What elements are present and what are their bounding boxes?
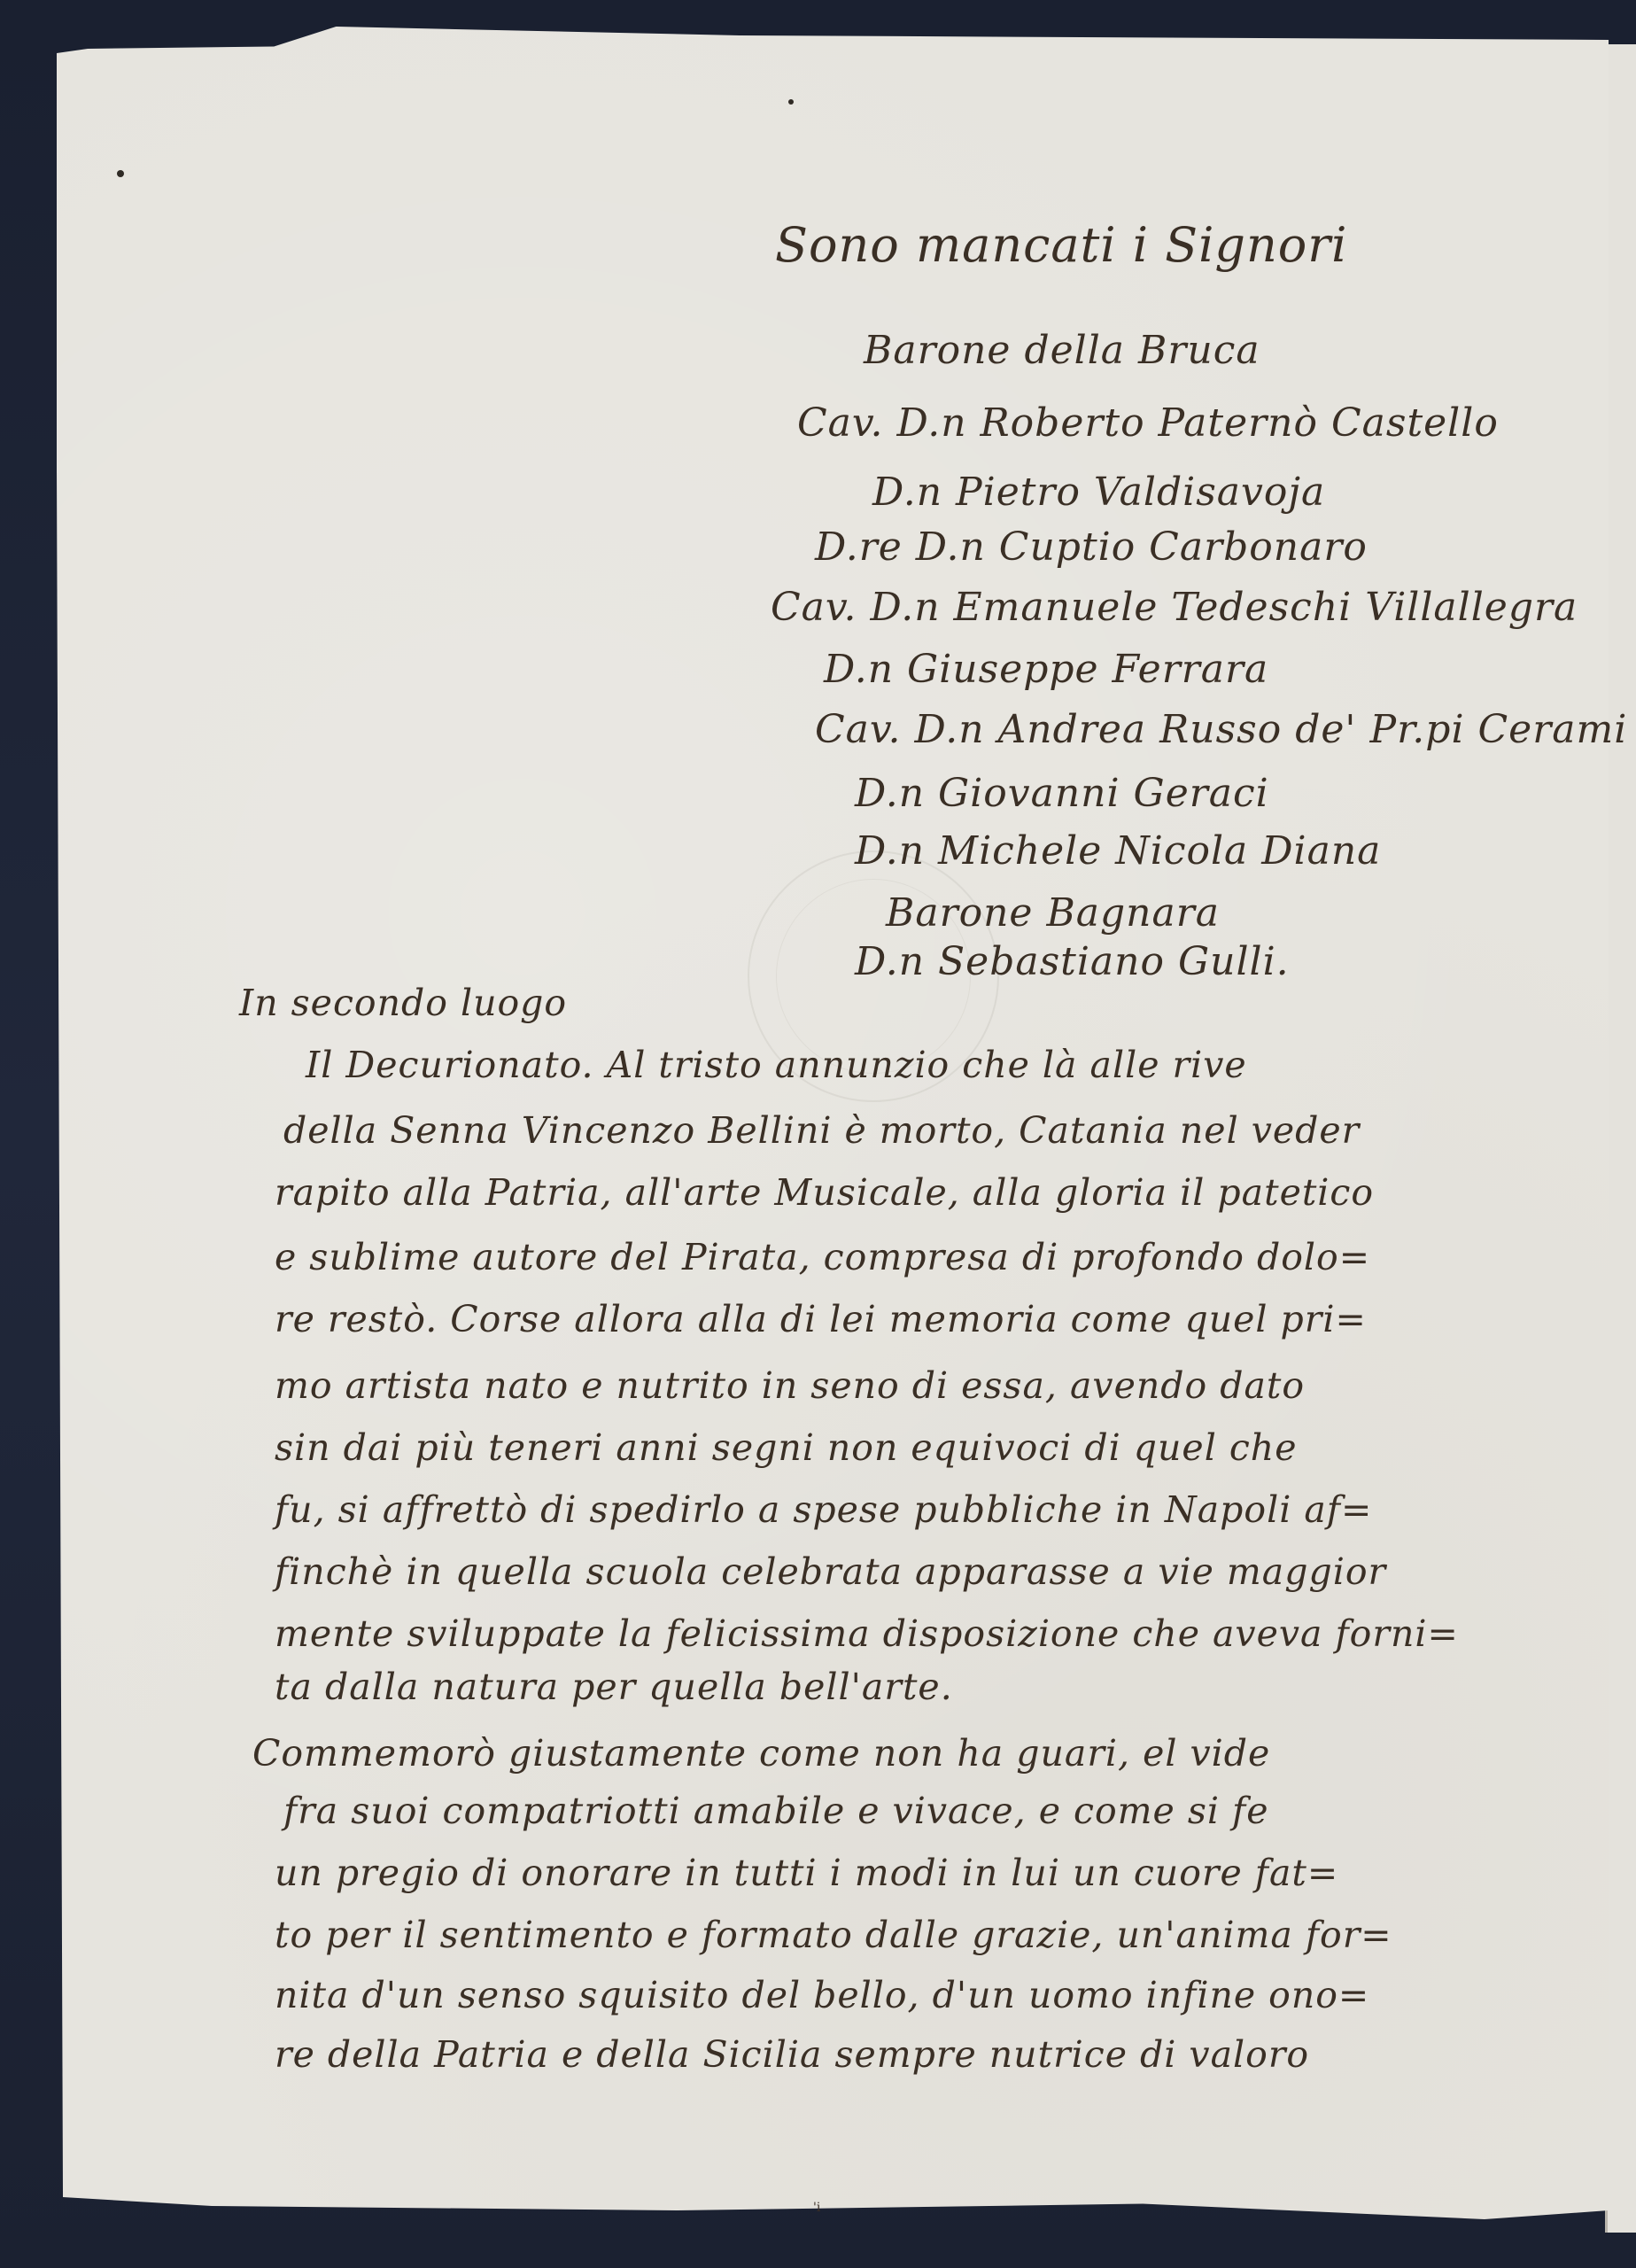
body-line: fu, si affrettò di spedirlo a spese pubb…	[275, 1488, 1372, 1531]
body-line: ta dalla natura per quella bell'arte.	[275, 1666, 953, 1708]
body-line: e sublime autore del Pirata, compresa di…	[275, 1236, 1370, 1278]
body-line: re restò. Corse allora alla di lei memor…	[275, 1298, 1367, 1340]
body-line: sin dai più teneri anni segni non equivo…	[275, 1426, 1297, 1469]
absentee-name: D.n Michele Nicola Diana	[855, 828, 1381, 874]
absentee-name: Barone Bagnara	[886, 890, 1220, 936]
body-line: mo artista nato e nutrito in seno di ess…	[275, 1364, 1305, 1407]
body-line: un pregio di onorare in tutti i modi in …	[275, 1852, 1338, 1894]
folio-mark: 'i	[813, 2201, 820, 2215]
absentee-name: D.n Pietro Valdisavoja	[872, 470, 1325, 515]
body-line: fra suoi compatriotti amabile e vivace, …	[283, 1790, 1268, 1832]
absentee-name: D.n Sebastiano Gulli.	[855, 939, 1290, 984]
adjacent-page-edge	[1605, 44, 1636, 2233]
body-line: nita d'un senso squisito del bello, d'un…	[275, 1974, 1369, 2016]
body-line: Commemorò giustamente come non ha guari,…	[252, 1732, 1270, 1775]
absentee-name: Cav. D.n Andrea Russo de' Pr.pi Cerami	[815, 707, 1627, 752]
absentee-name: D.n Giovanni Geraci	[855, 771, 1269, 816]
absentee-name: Cav. D.n Roberto Paternò Castello	[797, 400, 1499, 446]
ink-speck	[788, 99, 794, 105]
body-line: rapito alla Patria, all'arte Musicale, a…	[275, 1171, 1374, 1214]
body-line: mente sviluppate la felicissima disposiz…	[275, 1612, 1459, 1655]
absentee-name: Cav. D.n Emanuele Tedeschi Villallegra	[771, 585, 1578, 630]
absentee-name: D.re D.n Cuptio Carbonaro	[815, 524, 1368, 570]
absentee-name: Barone della Bruca	[864, 328, 1260, 373]
body-line: to per il sentimento e formato dalle gra…	[275, 1914, 1392, 1956]
absentees-heading: Sono mancati i Signori	[775, 217, 1347, 273]
ink-speck	[117, 170, 124, 177]
body-line: Il Decurionato. Al tristo annunzio che l…	[306, 1044, 1247, 1086]
body-line: finchè in quella scuola celebrata appara…	[275, 1550, 1386, 1593]
section-label: In secondo luogo	[239, 982, 567, 1024]
body-line: re della Patria e della Sicilia sempre n…	[275, 2033, 1309, 2076]
body-line: della Senna Vincenzo Bellini è morto, Ca…	[283, 1109, 1360, 1152]
absentee-name: D.n Giuseppe Ferrara	[824, 647, 1268, 692]
